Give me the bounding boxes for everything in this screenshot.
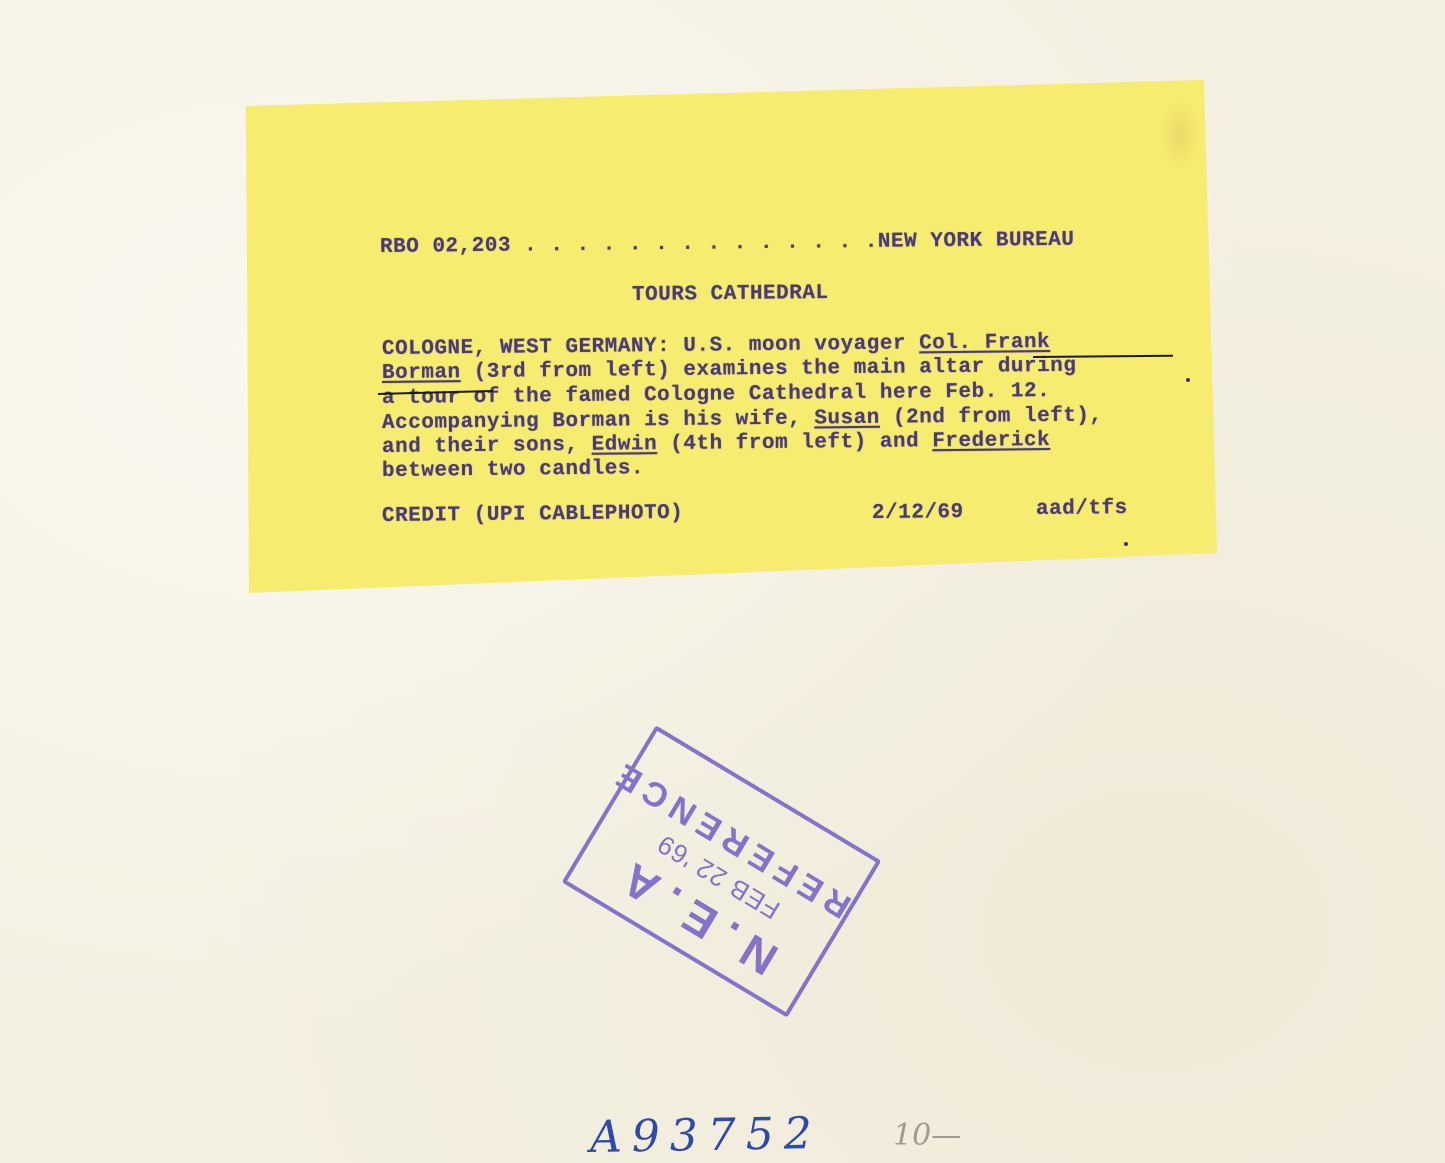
caption-body-line: between two candles. (382, 457, 644, 483)
caption-text: between two candles. (382, 457, 644, 483)
caption-text: (4th from left) and (657, 430, 932, 456)
slip-stain (1160, 100, 1200, 170)
underlined-name: Edwin (592, 433, 658, 457)
caption-text: (2nd from left), (880, 404, 1103, 429)
header-bureau: .NEW YORK BUREAU (865, 229, 1075, 254)
header-leader: . . . . . . . . . . . . . (524, 231, 852, 257)
underlined-name: Borman (382, 361, 461, 385)
caption-title: TOURS CATHEDRAL (632, 282, 829, 307)
underlined-name: Frederick (932, 429, 1050, 453)
caption-text: and their sons, (382, 434, 592, 459)
caption-initials: aad/tfs (1036, 497, 1128, 521)
ink-speck (1124, 542, 1128, 546)
underlined-name: Col. Frank (919, 331, 1050, 355)
ink-speck (1186, 378, 1190, 382)
underlined-name: Susan (814, 407, 880, 431)
header-code: RBO 02,203 (380, 235, 511, 259)
caption-date: 2/12/69 (872, 501, 964, 525)
credit-line: CREDIT (UPI CABLEPHOTO) (382, 502, 684, 528)
handwritten-catalog-id: A93752 (590, 1108, 823, 1163)
caption-text: Accompanying Borman is his wife, (382, 407, 815, 435)
handwritten-price: 10— (893, 1118, 961, 1153)
